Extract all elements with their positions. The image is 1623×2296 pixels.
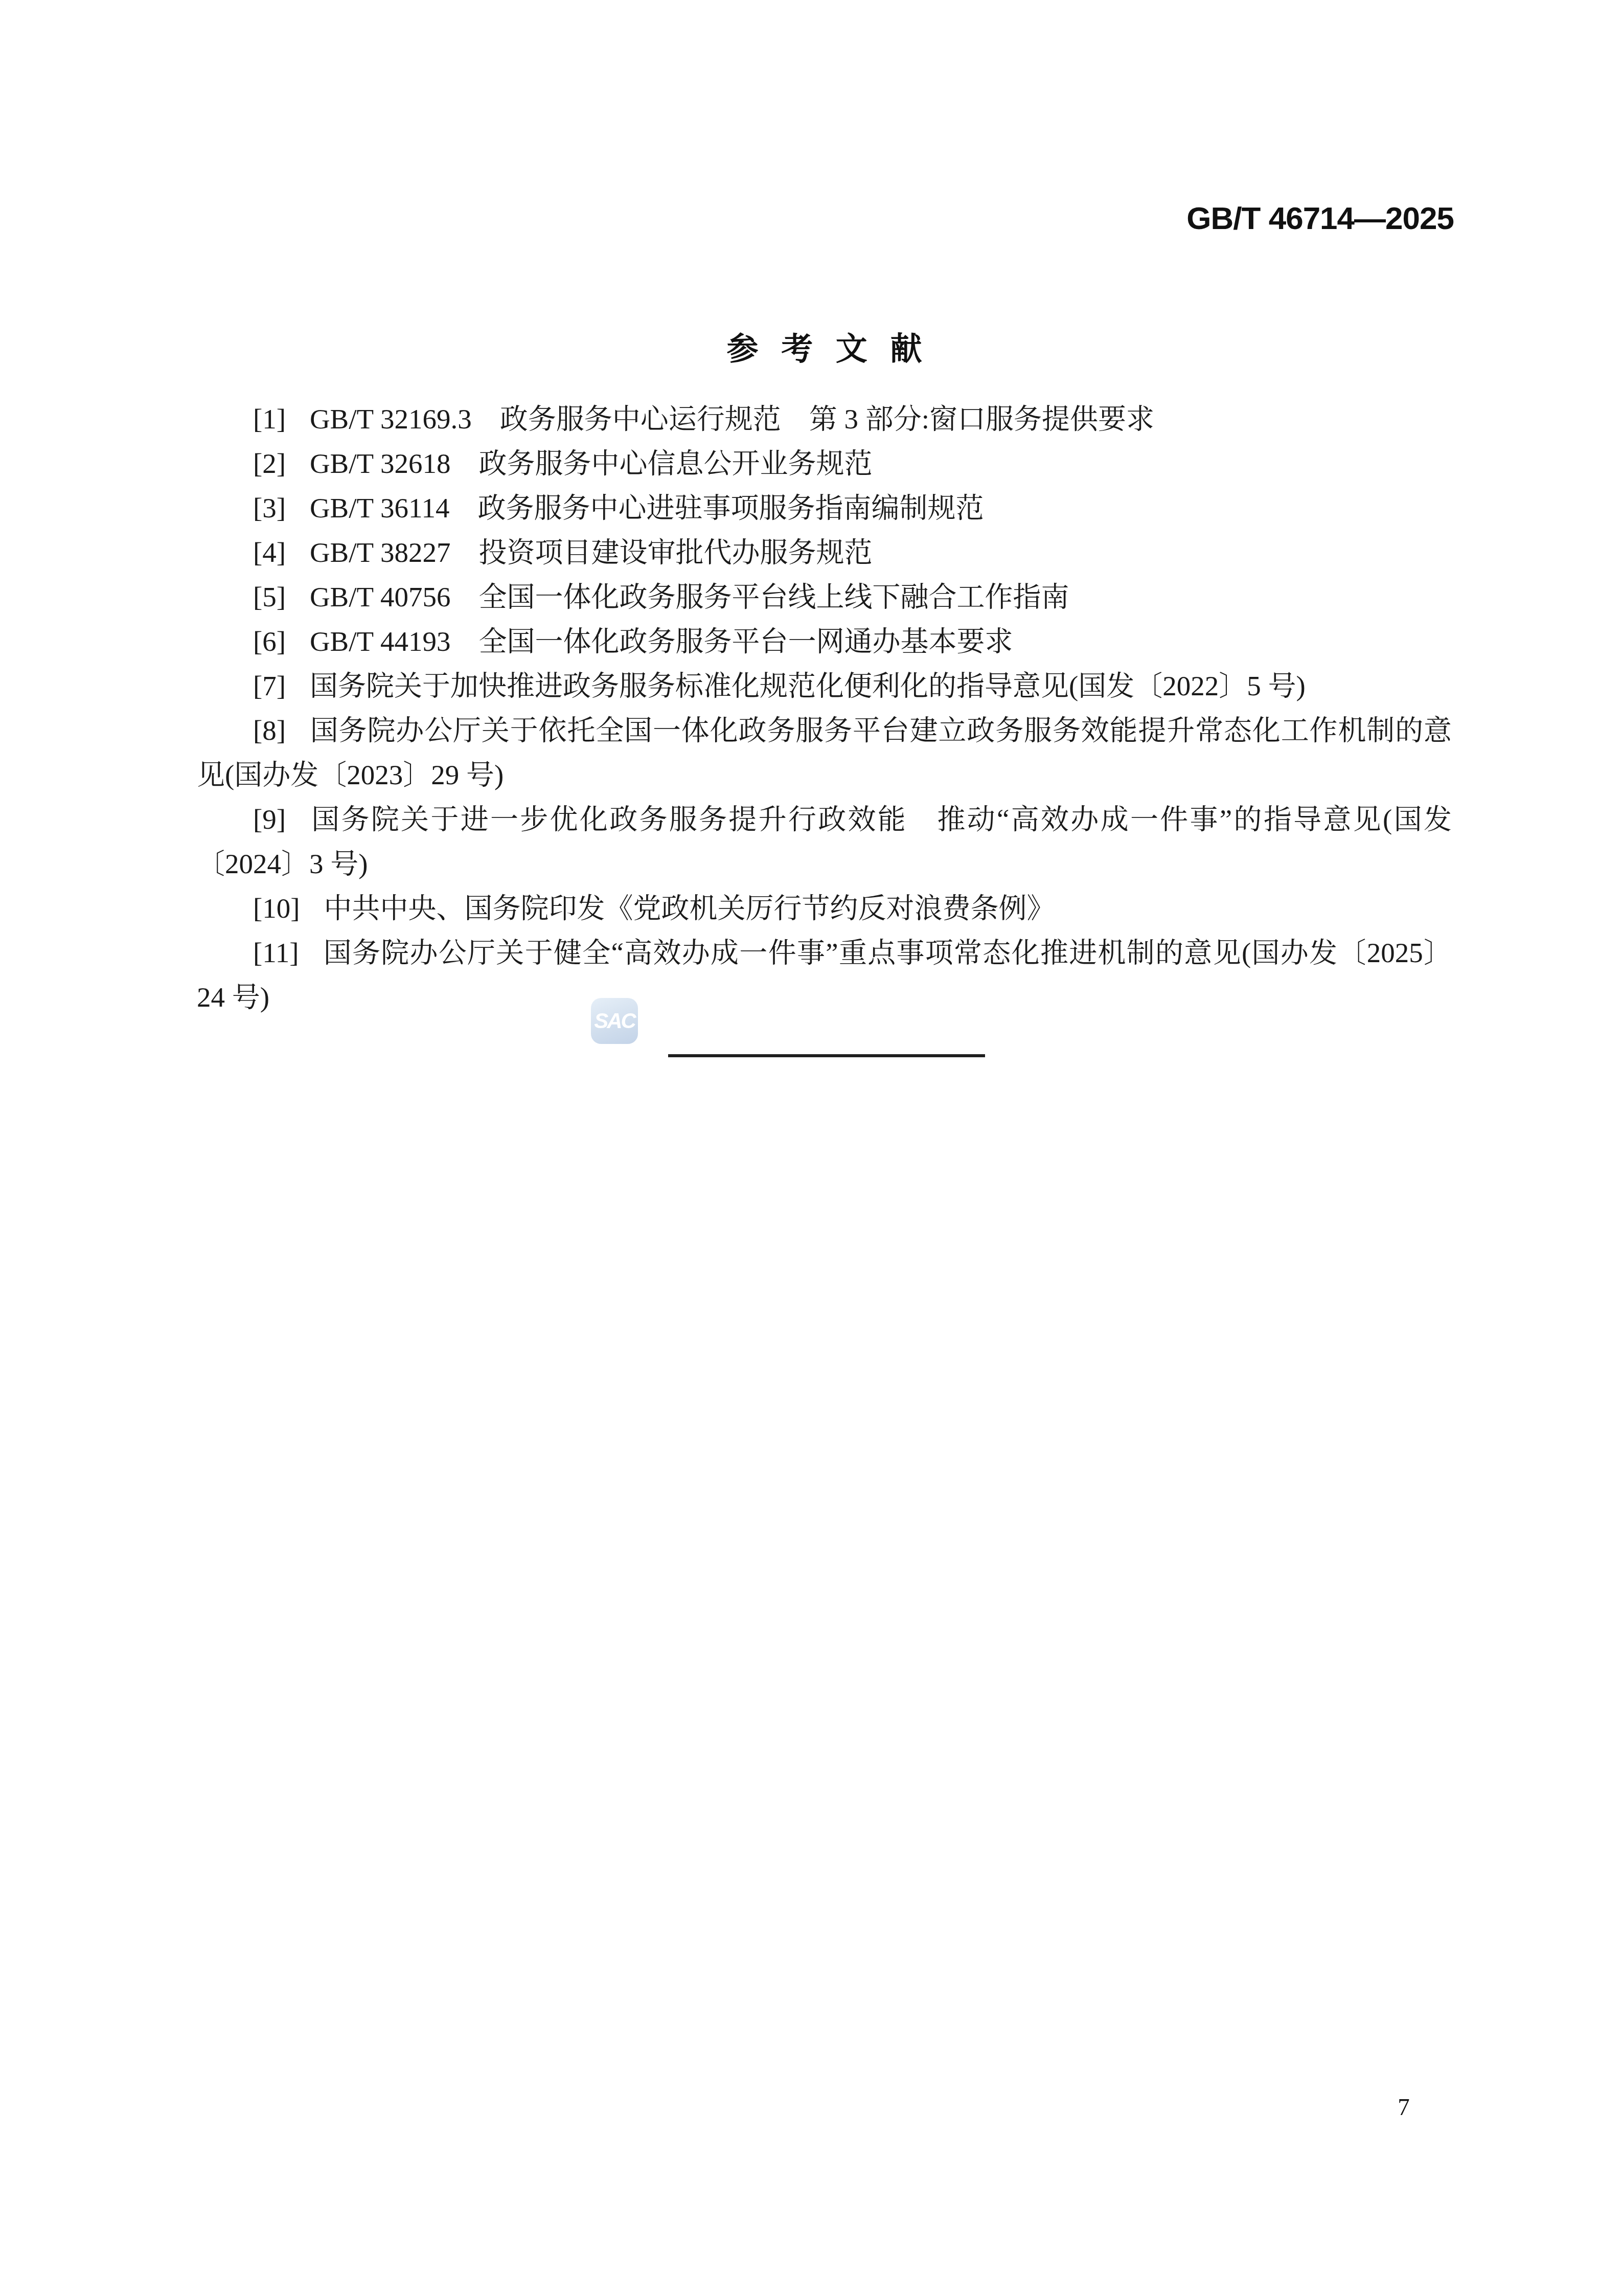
reference-label: [3] [253,492,286,524]
page-number: 7 [1388,2094,1419,2121]
reference-item: [2]GB/T 32618 政务服务中心信息公开业务规范 [197,441,1452,486]
reference-label: [6] [253,626,286,657]
reference-item: [11]国务院办公厅关于健全“高效办成一件事”重点事项常态化推进机制的意见(国办… [197,930,1452,1019]
reference-item: [8]国务院办公厅关于依托全国一体化政务服务平台建立政务服务效能提升常态化工作机… [197,708,1452,797]
reference-label: [11] [253,937,299,968]
reference-label: [7] [253,670,286,701]
standard-number-header: GB/T 46714—2025 [1186,200,1454,237]
reference-label: [1] [253,403,286,435]
reference-item: [3]GB/T 36114 政务服务中心进驻事项服务指南编制规范 [197,486,1452,530]
reference-item: [6]GB/T 44193 全国一体化政务服务平台一网通办基本要求 [197,619,1452,664]
reference-text: GB/T 38227 投资项目建设审批代办服务规范 [310,537,873,568]
reference-list: [1]GB/T 32169.3 政务服务中心运行规范 第 3 部分:窗口服务提供… [197,397,1452,1019]
reference-item: [5]GB/T 40756 全国一体化政务服务平台线上线下融合工作指南 [197,575,1452,619]
reference-text: 中共中央、国务院印发《党政机关厉行节约反对浪费条例》 [324,893,1055,924]
reference-item: [7]国务院关于加快推进政务服务标准化规范化便利化的指导意见(国发〔2022〕5… [197,664,1452,708]
reference-item: [9]国务院关于进一步优化政务服务提升行政效能 推动“高效办成一件事”的指导意见… [197,797,1452,886]
reference-label: [2] [253,448,286,479]
reference-label: [9] [253,804,286,835]
reference-text: 国务院办公厅关于依托全国一体化政务服务平台建立政务服务效能提升常态化工作机制的意… [197,715,1452,790]
reference-item: [10]中共中央、国务院印发《党政机关厉行节约反对浪费条例》 [197,886,1452,930]
reference-text: GB/T 36114 政务服务中心进驻事项服务指南编制规范 [310,492,984,524]
page-title: 参考文献 [197,331,1452,368]
reference-text: GB/T 40756 全国一体化政务服务平台线上线下融合工作指南 [310,581,1069,612]
document-page: GB/T 46714—2025 参考文献 [1]GB/T 32169.3 政务服… [0,0,1623,2296]
reference-label: [10] [253,893,300,924]
reference-item: [4]GB/T 38227 投资项目建设审批代办服务规范 [197,530,1452,575]
end-of-document-rule [668,1054,985,1057]
reference-label: [8] [253,715,286,746]
reference-text: GB/T 32618 政务服务中心信息公开业务规范 [310,448,873,479]
reference-text: GB/T 44193 全国一体化政务服务平台一网通办基本要求 [310,626,1013,657]
reference-text: 国务院办公厅关于健全“高效办成一件事”重点事项常态化推进机制的意见(国办发〔20… [197,937,1452,1013]
reference-label: [5] [253,581,286,612]
reference-text: 国务院关于进一步优化政务服务提升行政效能 推动“高效办成一件事”的指导意见(国发… [197,804,1452,879]
reference-label: [4] [253,537,286,568]
reference-item: [1]GB/T 32169.3 政务服务中心运行规范 第 3 部分:窗口服务提供… [197,397,1452,441]
reference-text: 国务院关于加快推进政务服务标准化规范化便利化的指导意见(国发〔2022〕5 号) [310,670,1306,701]
reference-text: GB/T 32169.3 政务服务中心运行规范 第 3 部分:窗口服务提供要求 [310,403,1154,435]
